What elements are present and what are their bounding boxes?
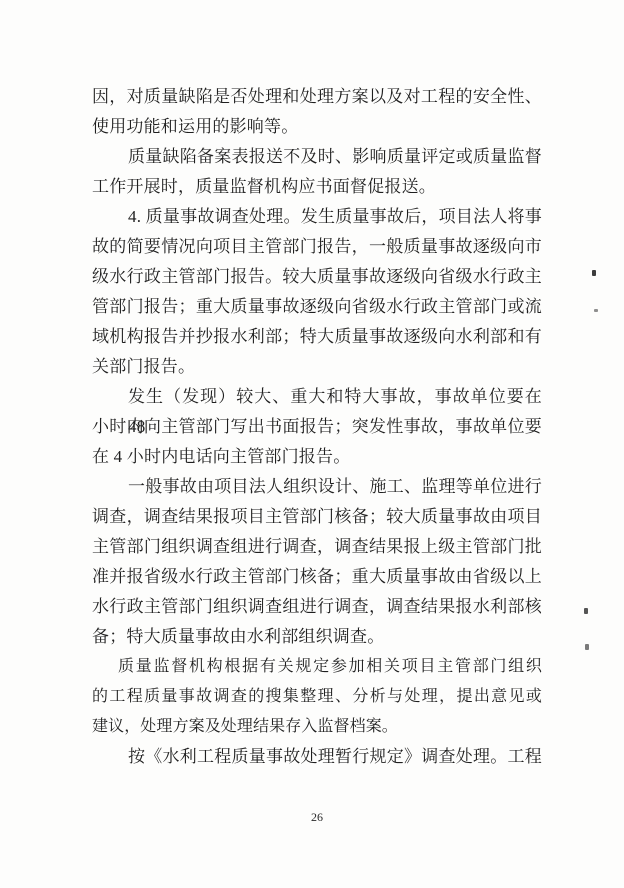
text-line: 质量缺陷备案表报送不及时、影响质量评定或质量监督 bbox=[92, 142, 542, 172]
text-line: 工作开展时，质量监督机构应书面督促报送。 bbox=[92, 172, 542, 202]
text-line: 一般事故由项目法人组织设计、施工、监理等单位进行 bbox=[92, 472, 542, 502]
text-line: 水行政主管部门组织调查组进行调查，调查结果报水利部核 bbox=[92, 592, 542, 622]
text-line: 小时内向主管部门写出书面报告；突发性事故，事故单位要 bbox=[92, 412, 542, 442]
text-line: 质量监督机构根据有关规定参加相关项目主管部门组织 bbox=[92, 652, 542, 682]
text-line: 级水行政主管部门报告。较大质量事故逐级向省级水行政主 bbox=[92, 262, 542, 292]
text-line: 使用功能和运用的影响等。 bbox=[92, 112, 542, 142]
text-line: 按《水利工程质量事故处理暂行规定》调查处理。工程 bbox=[92, 742, 542, 772]
text-line: 在 4 小时内电话向主管部门报告。 bbox=[92, 442, 542, 472]
text-line: 关部门报告。 bbox=[92, 352, 542, 382]
scan-artifact bbox=[592, 270, 596, 276]
page-number: 26 bbox=[92, 810, 542, 825]
text-line: 的工程质量事故调查的搜集整理、分析与处理，提出意见或 bbox=[92, 682, 542, 712]
text-line: 因，对质量缺陷是否处理和处理方案以及对工程的安全性、 bbox=[92, 82, 542, 112]
text-line: 发生（发现）较大、重大和特大事故，事故单位要在 48 bbox=[92, 382, 542, 412]
scan-artifact bbox=[585, 644, 589, 650]
text-line: 故的简要情况向项目主管部门报告，一般质量事故逐级向市 bbox=[92, 232, 542, 262]
document-page: 因，对质量缺陷是否处理和处理方案以及对工程的安全性、 使用功能和运用的影响等。 … bbox=[0, 0, 624, 888]
text-line: 管部门报告；重大质量事故逐级向省级水行政主管部门或流 bbox=[92, 292, 542, 322]
text-line: 4. 质量事故调查处理。发生质量事故后，项目法人将事 bbox=[92, 202, 542, 232]
body-text: 因，对质量缺陷是否处理和处理方案以及对工程的安全性、 使用功能和运用的影响等。 … bbox=[92, 82, 542, 772]
scan-artifact bbox=[594, 309, 598, 312]
text-line: 建议，处理方案及处理结果存入监督档案。 bbox=[92, 712, 542, 742]
text-line: 主管部门组织调查组进行调查，调查结果报上级主管部门批 bbox=[92, 532, 542, 562]
text-line: 域机构报告并抄报水利部；特大质量事故逐级向水利部和有 bbox=[92, 322, 542, 352]
text-line: 准并报省级水行政主管部门核备；重大质量事故由省级以上 bbox=[92, 562, 542, 592]
scan-artifact bbox=[584, 608, 588, 614]
text-line: 调查，调查结果报项目主管部门核备；较大质量事故由项目 bbox=[92, 502, 542, 532]
text-line: 备；特大质量事故由水利部组织调查。 bbox=[92, 622, 542, 652]
